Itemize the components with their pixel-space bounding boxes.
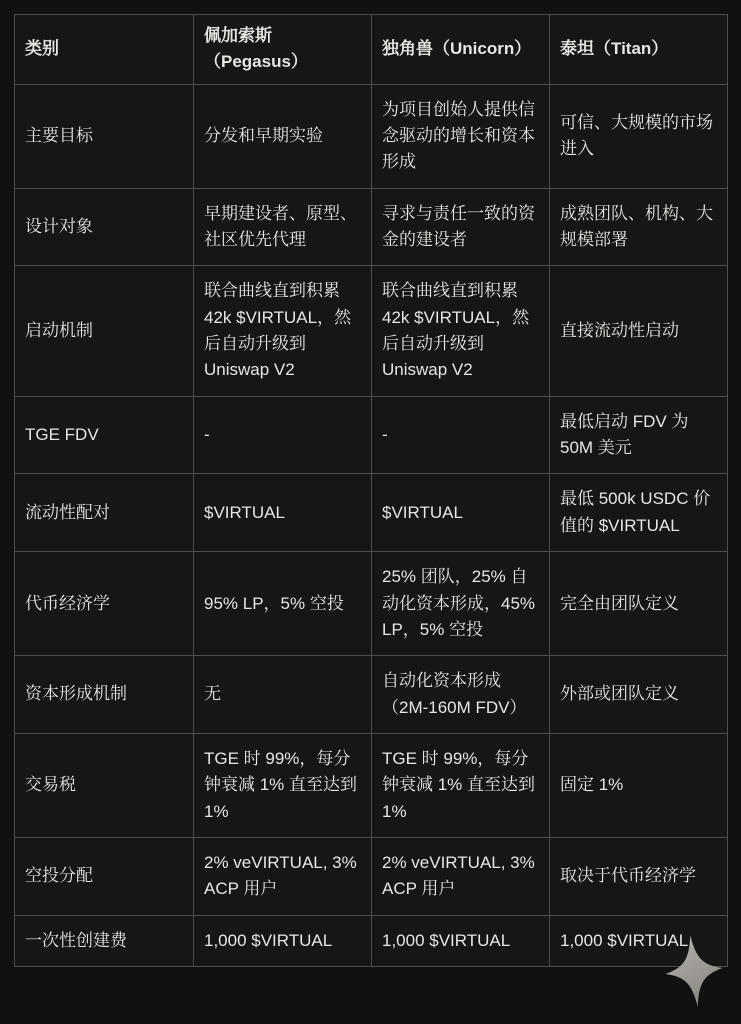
- table-cell: 为项目创始人提供信念驱动的增长和资本形成: [372, 84, 550, 188]
- table-row-7: 交易税TGE 时 99%，每分钟衰减 1% 直至达到 1%TGE 时 99%，每…: [15, 733, 728, 837]
- table-cell: 成熟团队、机构、大规模部署: [550, 188, 728, 266]
- row-category: 代币经济学: [15, 552, 194, 656]
- table-cell: 最低启动 FDV 为 50M 美元: [550, 396, 728, 474]
- row-category: TGE FDV: [15, 396, 194, 474]
- row-category: 资本形成机制: [15, 656, 194, 734]
- table-row-5: 代币经济学95% LP，5% 空投25% 团队，25% 自动化资本形成，45% …: [15, 552, 728, 656]
- table-cell: 2% veVIRTUAL, 3% ACP 用户: [194, 837, 372, 915]
- page: 类别佩加索斯（Pegasus）独角兽（Unicorn）泰坦（Titan） 主要目…: [0, 0, 741, 1024]
- table-cell: 自动化资本形成（2M-160M FDV）: [372, 656, 550, 734]
- table-cell: 寻求与责任一致的资金的建设者: [372, 188, 550, 266]
- table-cell: 可信、大规模的市场进入: [550, 84, 728, 188]
- row-category: 流动性配对: [15, 474, 194, 552]
- row-category: 设计对象: [15, 188, 194, 266]
- table-cell: 2% veVIRTUAL, 3% ACP 用户: [372, 837, 550, 915]
- table-cell: 早期建设者、原型、社区优先代理: [194, 188, 372, 266]
- table-cell: 1,000 $VIRTUAL: [372, 915, 550, 966]
- column-header-2: 独角兽（Unicorn）: [372, 15, 550, 85]
- table-row-2: 启动机制联合曲线直到积累 42k $VIRTUAL，然后自动升级到 Uniswa…: [15, 266, 728, 396]
- table-header: 类别佩加索斯（Pegasus）独角兽（Unicorn）泰坦（Titan）: [15, 15, 728, 85]
- table-cell: 取决于代币经济学: [550, 837, 728, 915]
- table-cell: TGE 时 99%，每分钟衰减 1% 直至达到 1%: [194, 733, 372, 837]
- table-cell: $VIRTUAL: [372, 474, 550, 552]
- table-row-4: 流动性配对$VIRTUAL$VIRTUAL最低 500k USDC 价值的 $V…: [15, 474, 728, 552]
- table-row-9: 一次性创建费1,000 $VIRTUAL1,000 $VIRTUAL1,000 …: [15, 915, 728, 966]
- table-cell: -: [372, 396, 550, 474]
- row-category: 交易税: [15, 733, 194, 837]
- table-cell: 外部或团队定义: [550, 656, 728, 734]
- column-header-0: 类别: [15, 15, 194, 85]
- table-cell: 25% 团队，25% 自动化资本形成，45% LP，5% 空投: [372, 552, 550, 656]
- row-category: 启动机制: [15, 266, 194, 396]
- table-row-0: 主要目标分发和早期实验为项目创始人提供信念驱动的增长和资本形成可信、大规模的市场…: [15, 84, 728, 188]
- table-cell: 完全由团队定义: [550, 552, 728, 656]
- table-row-8: 空投分配2% veVIRTUAL, 3% ACP 用户2% veVIRTUAL,…: [15, 837, 728, 915]
- table-cell: $VIRTUAL: [194, 474, 372, 552]
- column-header-1: 佩加索斯（Pegasus）: [194, 15, 372, 85]
- header-row: 类别佩加索斯（Pegasus）独角兽（Unicorn）泰坦（Titan）: [15, 15, 728, 85]
- row-category: 空投分配: [15, 837, 194, 915]
- row-category: 主要目标: [15, 84, 194, 188]
- table-body: 主要目标分发和早期实验为项目创始人提供信念驱动的增长和资本形成可信、大规模的市场…: [15, 84, 728, 966]
- table-cell: 最低 500k USDC 价值的 $VIRTUAL: [550, 474, 728, 552]
- table-cell: 固定 1%: [550, 733, 728, 837]
- table-row-3: TGE FDV--最低启动 FDV 为 50M 美元: [15, 396, 728, 474]
- table-cell: 联合曲线直到积累 42k $VIRTUAL，然后自动升级到 Uniswap V2: [194, 266, 372, 396]
- table-cell: 1,000 $VIRTUAL: [194, 915, 372, 966]
- table-cell: 分发和早期实验: [194, 84, 372, 188]
- comparison-table: 类别佩加索斯（Pegasus）独角兽（Unicorn）泰坦（Titan） 主要目…: [14, 14, 728, 967]
- table-cell: 95% LP，5% 空投: [194, 552, 372, 656]
- table-cell: 无: [194, 656, 372, 734]
- table-cell: -: [194, 396, 372, 474]
- column-header-3: 泰坦（Titan）: [550, 15, 728, 85]
- table-cell: TGE 时 99%，每分钟衰减 1% 直至达到 1%: [372, 733, 550, 837]
- row-category: 一次性创建费: [15, 915, 194, 966]
- table-row-6: 资本形成机制无自动化资本形成（2M-160M FDV）外部或团队定义: [15, 656, 728, 734]
- table-cell: 联合曲线直到积累 42k $VIRTUAL，然后自动升级到 Uniswap V2: [372, 266, 550, 396]
- table-cell: 直接流动性启动: [550, 266, 728, 396]
- table-row-1: 设计对象早期建设者、原型、社区优先代理寻求与责任一致的资金的建设者成熟团队、机构…: [15, 188, 728, 266]
- table-cell: 1,000 $VIRTUAL: [550, 915, 728, 966]
